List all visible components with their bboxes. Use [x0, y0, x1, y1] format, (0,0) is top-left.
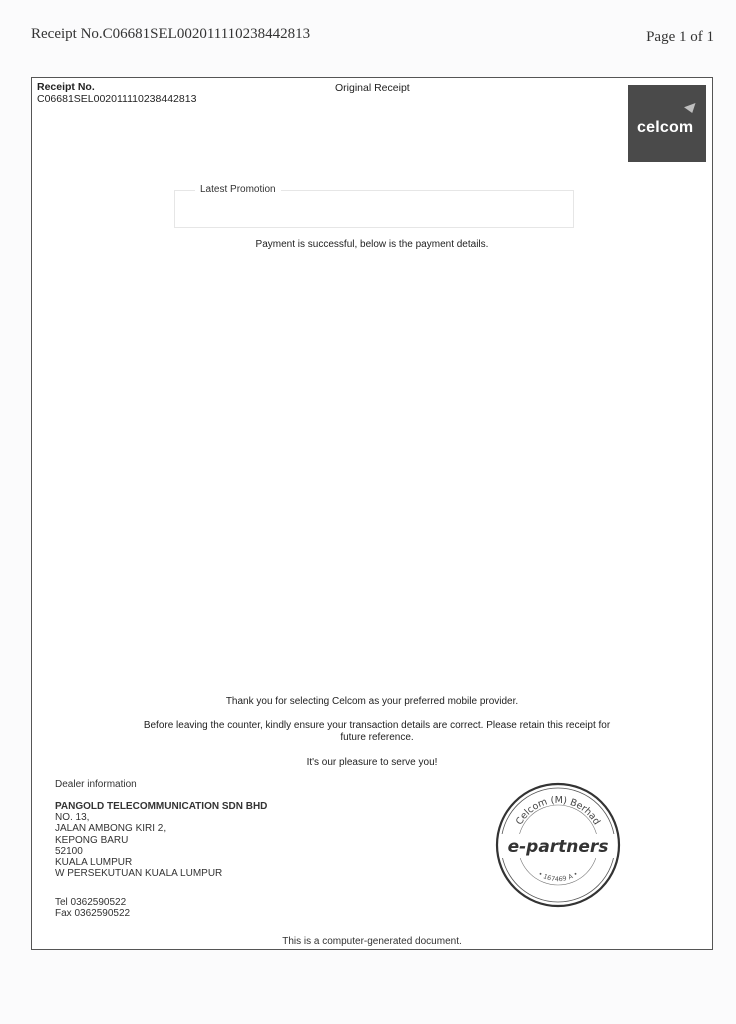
address-line: JALAN AMBONG KIRI 2,: [55, 823, 267, 834]
payment-status-message: Payment is successful, below is the paym…: [32, 239, 712, 250]
dealer-tel: Tel 0362590522: [55, 897, 130, 908]
logo-mark-icon: [684, 99, 698, 113]
dealer-fax: Fax 0362590522: [55, 908, 130, 919]
receipt-frame: Receipt No. C06681SEL002011110238442813 …: [31, 77, 713, 950]
address-line: W PERSEKUTUAN KUALA LUMPUR: [55, 868, 267, 879]
page-indicator: Page 1 of 1: [646, 29, 714, 46]
receipt-number-label: Receipt No.: [37, 81, 95, 93]
address-line: KUALA LUMPUR: [55, 857, 267, 868]
receipt-type: Original Receipt: [335, 82, 410, 94]
stamp-top-text: Celcom (M) Berhad: [514, 795, 602, 827]
stamp-center-text: e-partners: [508, 837, 609, 857]
logo-text: celcom: [637, 119, 693, 137]
latest-promotion-label: Latest Promotion: [195, 184, 281, 195]
svg-text:• 167469 A •: • 167469 A •: [537, 870, 580, 883]
dealer-name: PANGOLD TELECOMMUNICATION SDN BHD: [55, 801, 267, 812]
pleasure-message: It's our pleasure to serve you!: [32, 757, 712, 768]
stamp-bottom-text: • 167469 A •: [537, 870, 580, 883]
address-line: 52100: [55, 846, 267, 857]
svg-text:Celcom (M) Berhad: Celcom (M) Berhad: [514, 795, 602, 827]
dealer-address: PANGOLD TELECOMMUNICATION SDN BHD NO. 13…: [55, 801, 267, 879]
address-line: NO. 13,: [55, 812, 267, 823]
dealer-info-title: Dealer information: [55, 779, 137, 790]
retain-receipt-message: Before leaving the counter, kindly ensur…: [132, 720, 622, 744]
dealer-contact: Tel 0362590522 Fax 0362590522: [55, 897, 130, 919]
page-receipt-title: Receipt No.C06681SEL002011110238442813: [31, 26, 310, 43]
celcom-logo: celcom: [628, 85, 706, 162]
receipt-number: C06681SEL002011110238442813: [37, 93, 196, 105]
thanks-message: Thank you for selecting Celcom as your p…: [32, 696, 712, 707]
latest-promotion-box: Latest Promotion: [174, 190, 574, 228]
e-partners-stamp-icon: Celcom (M) Berhad e-partners • 167469 A …: [494, 781, 622, 909]
computer-generated-note: This is a computer-generated document.: [32, 936, 712, 947]
address-line: KEPONG BARU: [55, 835, 267, 846]
